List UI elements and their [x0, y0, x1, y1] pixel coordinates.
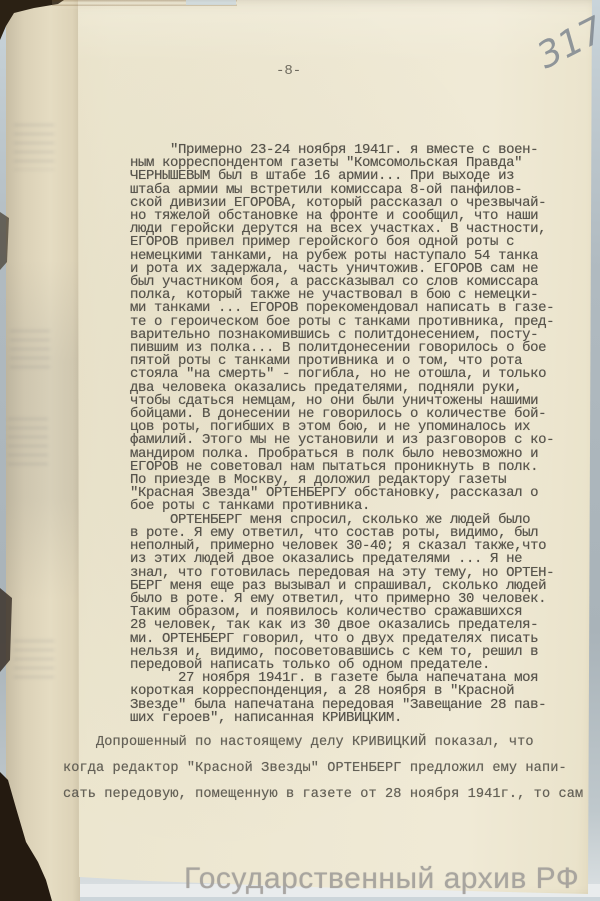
- typed-testimony-text: "Примерно 23-24 ноября 1941г. я вместе с…: [130, 144, 554, 725]
- binding-left-patch: [0, 588, 12, 672]
- page-number: -8-: [276, 63, 301, 79]
- binding-bottom-left: [0, 772, 52, 901]
- archive-watermark: Государственный архив РФ: [184, 862, 579, 896]
- folio-number-handwritten: 317: [528, 12, 600, 76]
- background-sliver: [186, 0, 236, 5]
- archive-scan: 317 -8- "Примерно 23-24 ноября 1941г. я …: [0, 0, 600, 901]
- folio-number-text: 317: [531, 12, 600, 76]
- typed-closing-text: Допрошенный по настоящему делу КРИВИЦКИЙ…: [63, 730, 583, 807]
- binding-left-patch: [0, 212, 9, 270]
